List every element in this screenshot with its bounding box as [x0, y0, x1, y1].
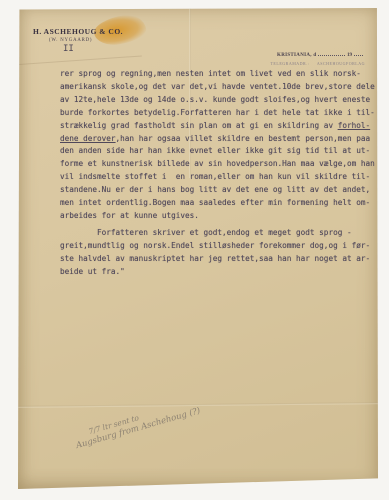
dateline-rule-short: [354, 50, 363, 56]
dateline-year: 19: [347, 53, 352, 58]
typed-line: Forfatteren skriver et godt,endog et meg…: [60, 227, 372, 240]
typed-line: av 12te,hele 13de og 14de o.s.v. kunde g…: [60, 94, 372, 107]
typed-line: den anden side har han ikke evnet eller …: [60, 145, 372, 158]
letter-paper: H. ASCHEHOUG & CO. (W. NYGAARD) II KRIST…: [18, 8, 378, 490]
dateline: KRISTIANIA, d 19: [277, 50, 365, 58]
typed-line: rer sprog og regning,men nesten intet om…: [60, 68, 372, 81]
typed-line: forme et kunstnerisk billede av sin hove…: [60, 158, 372, 171]
telegram-label: TELEGRAMADR.:: [270, 61, 309, 66]
telegram-line: TELEGRAMADR.: ASCHEHOUGFORLAG: [270, 61, 365, 66]
body-text: rer sprog og regning,men nesten intet om…: [60, 68, 372, 279]
letterhead-subtitle: (W. NYGAARD): [49, 38, 92, 43]
typed-line: beide ut fra.": [60, 266, 372, 279]
typed-line: dene derover,han har ogsaa villet skildr…: [60, 133, 372, 146]
scanned-letter: H. ASCHEHOUG & CO. (W. NYGAARD) II KRIST…: [0, 0, 389, 500]
typed-line: greit,mundtlig og norsk.Endel stilløshed…: [60, 240, 372, 253]
letterhead-company: H. ASCHEHOUG & CO.: [33, 27, 123, 36]
dateline-rule: [318, 50, 345, 56]
dateline-place: KRISTIANIA, d: [277, 53, 316, 58]
typed-line: strækkelig grad fastholdt sin plan om at…: [60, 120, 372, 133]
typed-line: amerikansk skole,og det var det,vi havde…: [60, 81, 372, 94]
diagonal-crease: [12, 55, 142, 65]
typed-line: arbeides for at kunne utgives.: [60, 210, 372, 223]
typed-line: men intet ordentlig.Bogen maa saaledes e…: [60, 197, 372, 210]
typed-line: ste halvdel av manuskriptet har jeg rett…: [60, 253, 372, 266]
typed-line: vil indsmelte stoffet i en roman,eller o…: [60, 171, 372, 184]
telegram-value: ASCHEHOUGFORLAG: [317, 61, 365, 66]
page-number: II: [63, 44, 74, 54]
typed-line: standene.Nu er der i hans bog litt av de…: [60, 184, 372, 197]
typed-line: burde forkortes betydelig.Forfatteren ha…: [60, 107, 372, 120]
